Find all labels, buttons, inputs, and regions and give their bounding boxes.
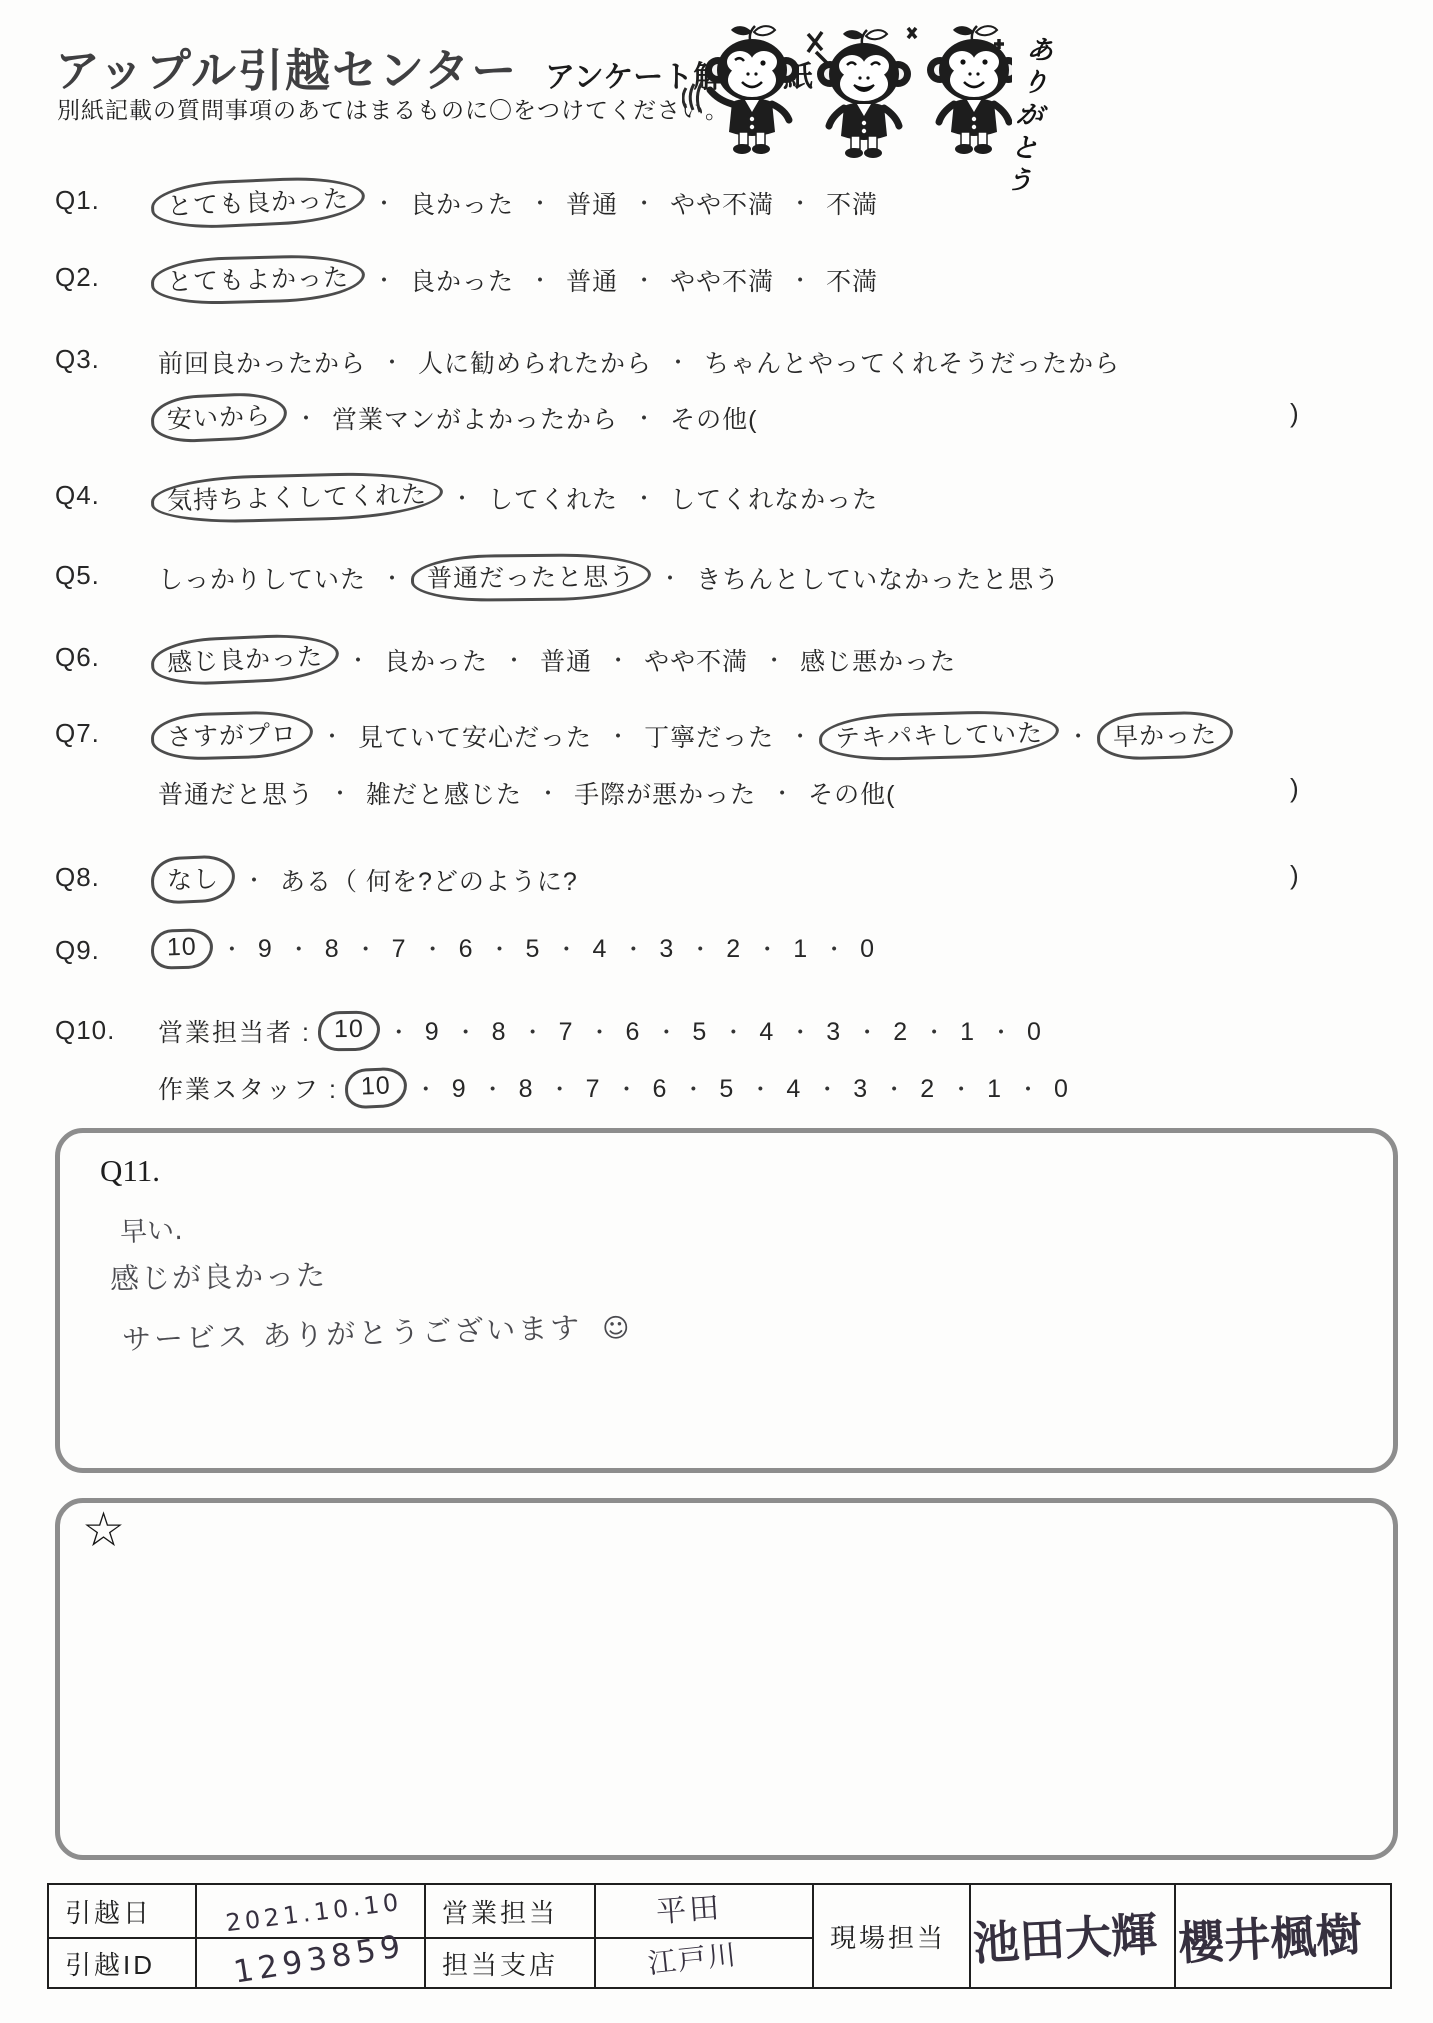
option-text: 感じ悪かった [800, 640, 956, 678]
question-line: 安いから・営業マンがよかったから・その他() [0, 398, 1433, 440]
question-line: Q4.気持ちよくしてくれた・してくれた・してくれなかった [0, 478, 1433, 520]
option-text: テキパキしていた [835, 717, 1044, 752]
option-separator: ・ [763, 644, 785, 675]
option-text: 3 [826, 1016, 841, 1047]
option-separator: ・ [422, 933, 444, 964]
option-separator: ・ [655, 1016, 677, 1047]
other-blank-close-paren: ) [1290, 773, 1299, 804]
option-text: 普通だと思う [158, 773, 314, 811]
option-separator: ・ [789, 1016, 811, 1047]
option-text: 5 [692, 1016, 707, 1047]
option-separator: ・ [749, 1073, 771, 1104]
option-separator: ・ [321, 720, 343, 751]
question-options: なし・ある（ 何を?どのように? [158, 860, 578, 898]
question-options: 営業担当者 :10・9・8・7・6・5・4・3・2・1・0 [158, 1013, 1042, 1049]
question-line: Q8.なし・ある（ 何を?どのように?) [0, 860, 1433, 902]
option-separator: ・ [771, 777, 793, 808]
option-separator: ・ [950, 1073, 972, 1104]
question-options: さすがプロ・見ていて安心だった・丁寧だった・テキパキしていた・早かった [158, 716, 1226, 754]
handwritten-circle: 感じ良かった [150, 631, 340, 686]
option-text: 2 [893, 1016, 908, 1047]
option-separator: ・ [607, 720, 629, 751]
option-separator: ・ [659, 562, 681, 593]
option-text: しっかりしていた [158, 558, 366, 596]
option-text: 9 [425, 1016, 440, 1047]
question-line: Q2.とてもよかった・良かった・普通・やや不満・不満 [0, 260, 1433, 302]
option-text: 不満 [826, 260, 878, 298]
option-separator: ・ [1017, 1073, 1039, 1104]
option-text: 前回良かったから [158, 342, 366, 380]
option-text: 1 [793, 933, 808, 964]
option-text: 3 [659, 933, 674, 964]
option-text: 4 [759, 1016, 774, 1047]
option-separator: ・ [633, 264, 655, 295]
option-separator: ・ [990, 1016, 1012, 1047]
option-separator: ・ [923, 1016, 945, 1047]
option-separator: ・ [355, 933, 377, 964]
sales-rep-cell: 平田 [595, 1884, 813, 1938]
option-separator: ・ [555, 933, 577, 964]
handwritten-comment-line: 感じが良かった [110, 1253, 328, 1298]
option-text: 10 [360, 1069, 391, 1100]
moving-id-label: 引越ID [48, 1938, 196, 1988]
moving-date-label: 引越日 [48, 1884, 196, 1938]
option-separator: ・ [415, 1073, 437, 1104]
option-text: とてもよかった [167, 261, 350, 296]
option-separator: ・ [622, 933, 644, 964]
smiley-mark-icon: ☺ [602, 1313, 633, 1344]
option-text: とても良かった [166, 183, 349, 221]
option-separator: ・ [856, 1016, 878, 1047]
option-text: 普通 [566, 260, 618, 298]
branch-value: 江戸川 [646, 1933, 740, 1982]
option-separator: ・ [549, 1073, 571, 1104]
monkey-mascot-icon [817, 30, 911, 158]
option-text: 3 [853, 1073, 868, 1104]
option-text: 5 [526, 933, 541, 964]
moving-date-value: 2021.10.10 [224, 1888, 404, 1937]
option-text: 普通だったと思う [427, 561, 635, 593]
option-text: してくれなかった [670, 478, 878, 516]
monkey-mascot-icon [705, 26, 799, 154]
option-text: 手際が悪かった [574, 773, 756, 811]
option-text: 7 [392, 933, 407, 964]
question-number: Q7. [55, 718, 100, 749]
option-text: 1 [987, 1073, 1002, 1104]
option-separator: ・ [682, 1073, 704, 1104]
option-text: その他( [670, 398, 757, 436]
other-blank-close-paren: ) [1290, 398, 1299, 429]
question-options: 普通だと思う・雑だと感じた・手際が悪かった・その他( [158, 773, 895, 811]
option-text: 0 [1027, 1016, 1042, 1047]
brand-title: アップル引越センター [55, 34, 518, 99]
option-text: 人に勧められたから [418, 342, 652, 380]
option-text: 良かった [384, 640, 488, 678]
option-text: 良かった [410, 260, 514, 298]
option-separator: ・ [667, 346, 689, 377]
option-text: きちんとしていなかったと思う [696, 558, 1060, 596]
option-text: 8 [325, 933, 340, 964]
option-separator: ・ [522, 1016, 544, 1047]
question-sub-label: 作業スタッフ : [158, 1070, 338, 1106]
scanned-survey-page: アップル引越センター アンケート解答用紙 別紙記載の質問事項のあてはまるものに〇… [0, 0, 1433, 2023]
sales-rep-value: 平田 [654, 1883, 723, 1931]
option-separator: ・ [1067, 720, 1089, 751]
option-separator: ・ [689, 933, 711, 964]
option-text: 8 [492, 1016, 507, 1047]
branch-cell: 江戸川 [595, 1938, 813, 1988]
option-separator: ・ [373, 187, 395, 218]
site-staff-label: 現場担当 [813, 1884, 970, 1988]
question-number: Q2. [55, 262, 100, 293]
question-line: Q3.前回良かったから・人に勧められたから・ちゃんとやってくれそうだったから [0, 342, 1433, 384]
question-line: Q10.営業担当者 :10・9・8・7・6・5・4・3・2・1・0 [0, 1013, 1433, 1055]
site-staff-name-1: 池田大輝 [971, 1898, 1158, 1974]
monkey-mascots-icon [682, 20, 1012, 190]
option-text: 0 [1054, 1073, 1069, 1104]
question-number: Q4. [55, 480, 100, 511]
question-number: Q5. [55, 560, 100, 591]
question-options: 安いから・営業マンがよかったから・その他( [158, 398, 757, 436]
site-staff-cell-2: 櫻井楓樹 [1175, 1884, 1391, 1988]
question-line: 普通だと思う・雑だと感じた・手際が悪かった・その他() [0, 773, 1433, 815]
question-line: Q1.とても良かった・良かった・普通・やや不満・不満 [0, 183, 1433, 225]
option-text: 8 [519, 1073, 534, 1104]
branch-label: 担当支店 [425, 1938, 595, 1988]
option-text: 6 [653, 1073, 668, 1104]
info-table: 引越日 2021.10.10 営業担当 平田 現場担当 池田大輝 櫻井楓樹 引越… [47, 1883, 1392, 1989]
option-separator: ・ [503, 644, 525, 675]
handwritten-circle: とてもよかった [150, 253, 365, 306]
handwritten-circle: とても良かった [150, 174, 366, 230]
question-options: しっかりしていた・普通だったと思う・きちんとしていなかったと思う [158, 558, 1060, 596]
option-text: 営業マンがよかったから [332, 398, 618, 436]
site-staff-cell-1: 池田大輝 [970, 1884, 1175, 1988]
option-text: 6 [459, 933, 474, 964]
q11-comment-box: Q11. 早い. 感じが良かった サービス ありがとうございます☺ [55, 1128, 1398, 1473]
option-separator: ・ [388, 1016, 410, 1047]
option-separator: ・ [381, 562, 403, 593]
handwritten-circle: 安いから [150, 391, 288, 444]
question-number: Q8. [55, 862, 100, 893]
option-text: 4 [786, 1073, 801, 1104]
option-separator: ・ [722, 1016, 744, 1047]
handwritten-circle: さすがプロ [150, 709, 313, 760]
handwritten-comment-line: サービス ありがとうございます☺ [122, 1304, 633, 1358]
option-separator: ・ [823, 933, 845, 964]
question-options: 気持ちよくしてくれた・してくれた・してくれなかった [158, 478, 878, 516]
option-separator: ・ [607, 644, 629, 675]
option-text: 6 [626, 1016, 641, 1047]
option-separator: ・ [489, 933, 511, 964]
option-text: なし [166, 862, 219, 894]
option-separator: ・ [243, 864, 265, 895]
option-separator: ・ [537, 777, 559, 808]
table-row: 引越日 2021.10.10 営業担当 平田 現場担当 池田大輝 櫻井楓樹 [48, 1884, 1391, 1938]
option-text: 0 [860, 933, 875, 964]
question-number: Q6. [55, 642, 100, 673]
option-text: 良かった [410, 183, 514, 221]
option-separator: ・ [633, 402, 655, 433]
option-separator: ・ [329, 777, 351, 808]
option-text: 安いから [166, 399, 271, 434]
option-separator: ・ [451, 482, 473, 513]
option-text: 10 [334, 1013, 364, 1043]
question-line: Q6.感じ良かった・良かった・普通・やや不満・感じ悪かった [0, 640, 1433, 682]
question-options: 感じ良かった・良かった・普通・やや不満・感じ悪かった [158, 640, 956, 678]
star-icon: ☆ [82, 1507, 125, 1555]
handwritten-circle: テキパキしていた [819, 708, 1060, 761]
site-staff-name-2: 櫻井楓樹 [1176, 1898, 1363, 1974]
option-separator: ・ [633, 482, 655, 513]
option-separator: ・ [529, 264, 551, 295]
option-text: ちゃんとやってくれそうだったから [704, 342, 1120, 380]
question-number: Q9. [55, 935, 100, 966]
option-separator: ・ [455, 1016, 477, 1047]
option-separator: ・ [789, 187, 811, 218]
option-text: 感じ良かった [166, 640, 323, 677]
option-text: 10 [167, 930, 198, 961]
handwritten-circle: 気持ちよくしてくれた [150, 470, 443, 525]
option-text: その他( [808, 773, 895, 811]
option-text: やや不満 [670, 260, 774, 298]
instruction-text: 別紙記載の質問事項のあてはまるものに〇をつけてください。 [57, 92, 729, 125]
question-number: Q1. [55, 185, 100, 216]
option-separator: ・ [633, 187, 655, 218]
handwritten-circle: 10 [318, 1011, 380, 1052]
question-options: とても良かった・良かった・普通・やや不満・不満 [158, 183, 878, 221]
extra-comment-box: ☆ [55, 1498, 1398, 1860]
option-text: 普通 [540, 640, 592, 678]
option-text: 4 [592, 933, 607, 964]
option-text: ある（ 何を?どのように? [280, 860, 578, 898]
question-options: とてもよかった・良かった・普通・やや不満・不満 [158, 260, 878, 298]
question-sub-label: 営業担当者 : [158, 1013, 311, 1049]
question-options: 作業スタッフ :10・9・8・7・6・5・4・3・2・1・0 [158, 1070, 1069, 1106]
option-text: 1 [960, 1016, 975, 1047]
option-text: やや不満 [670, 183, 774, 221]
handwritten-circle: 早かった [1097, 710, 1234, 761]
option-text: 9 [258, 933, 273, 964]
handwritten-circle: 10 [150, 928, 213, 970]
option-separator: ・ [789, 264, 811, 295]
option-text: 普通 [566, 183, 618, 221]
option-text: 7 [586, 1073, 601, 1104]
sales-rep-label: 営業担当 [425, 1884, 595, 1938]
handwritten-comment-line: 早い. [119, 1208, 183, 1249]
option-separator: ・ [615, 1073, 637, 1104]
option-text: 2 [920, 1073, 935, 1104]
option-separator: ・ [588, 1016, 610, 1047]
question-options: 前回良かったから・人に勧められたから・ちゃんとやってくれそうだったから [158, 342, 1120, 380]
option-text: 2 [726, 933, 741, 964]
handwritten-comment-text: サービス ありがとうございます [122, 1311, 583, 1357]
question-line: Q7.さすがプロ・見ていて安心だった・丁寧だった・テキパキしていた・早かった [0, 716, 1433, 758]
option-text: 9 [452, 1073, 467, 1104]
question-line: Q5.しっかりしていた・普通だったと思う・きちんとしていなかったと思う [0, 558, 1433, 600]
option-text: 丁寧だった [644, 716, 774, 754]
option-text: 見ていて安心だった [358, 716, 592, 754]
option-text: さすがプロ [167, 718, 298, 751]
option-separator: ・ [381, 346, 403, 377]
option-text: 早かった [1113, 718, 1218, 751]
option-separator: ・ [482, 1073, 504, 1104]
handwritten-circle: 10 [344, 1067, 407, 1110]
option-separator: ・ [816, 1073, 838, 1104]
option-separator: ・ [756, 933, 778, 964]
option-text: 気持ちよくしてくれた [167, 478, 428, 515]
question-number: Q3. [55, 344, 100, 375]
option-separator: ・ [288, 933, 310, 964]
option-text: してくれた [488, 478, 618, 516]
other-blank-close-paren: ) [1290, 860, 1299, 891]
handwritten-circle: なし [150, 854, 236, 905]
option-separator: ・ [295, 402, 317, 433]
question-line: 作業スタッフ :10・9・8・7・6・5・4・3・2・1・0 [0, 1070, 1433, 1112]
option-text: やや不満 [644, 640, 748, 678]
question-line: Q9.10・9・8・7・6・5・4・3・2・1・0 [0, 933, 1433, 975]
option-separator: ・ [347, 644, 369, 675]
option-text: 5 [719, 1073, 734, 1104]
moving-id-value: 1293859 [231, 1928, 408, 1991]
option-separator: ・ [883, 1073, 905, 1104]
q11-label: Q11. [100, 1153, 160, 1189]
option-text: 7 [559, 1016, 574, 1047]
moving-id-cell: 1293859 [196, 1938, 425, 1988]
option-text: 不満 [826, 183, 878, 221]
option-separator: ・ [789, 720, 811, 751]
motion-lines-icon [683, 82, 702, 112]
option-separator: ・ [373, 264, 395, 295]
option-separator: ・ [529, 187, 551, 218]
handwritten-circle: 普通だったと思う [411, 552, 651, 601]
question-number: Q10. [55, 1015, 115, 1046]
option-separator: ・ [221, 933, 243, 964]
option-text: 雑だと感じた [366, 773, 522, 811]
question-options: 10・9・8・7・6・5・4・3・2・1・0 [158, 933, 875, 964]
